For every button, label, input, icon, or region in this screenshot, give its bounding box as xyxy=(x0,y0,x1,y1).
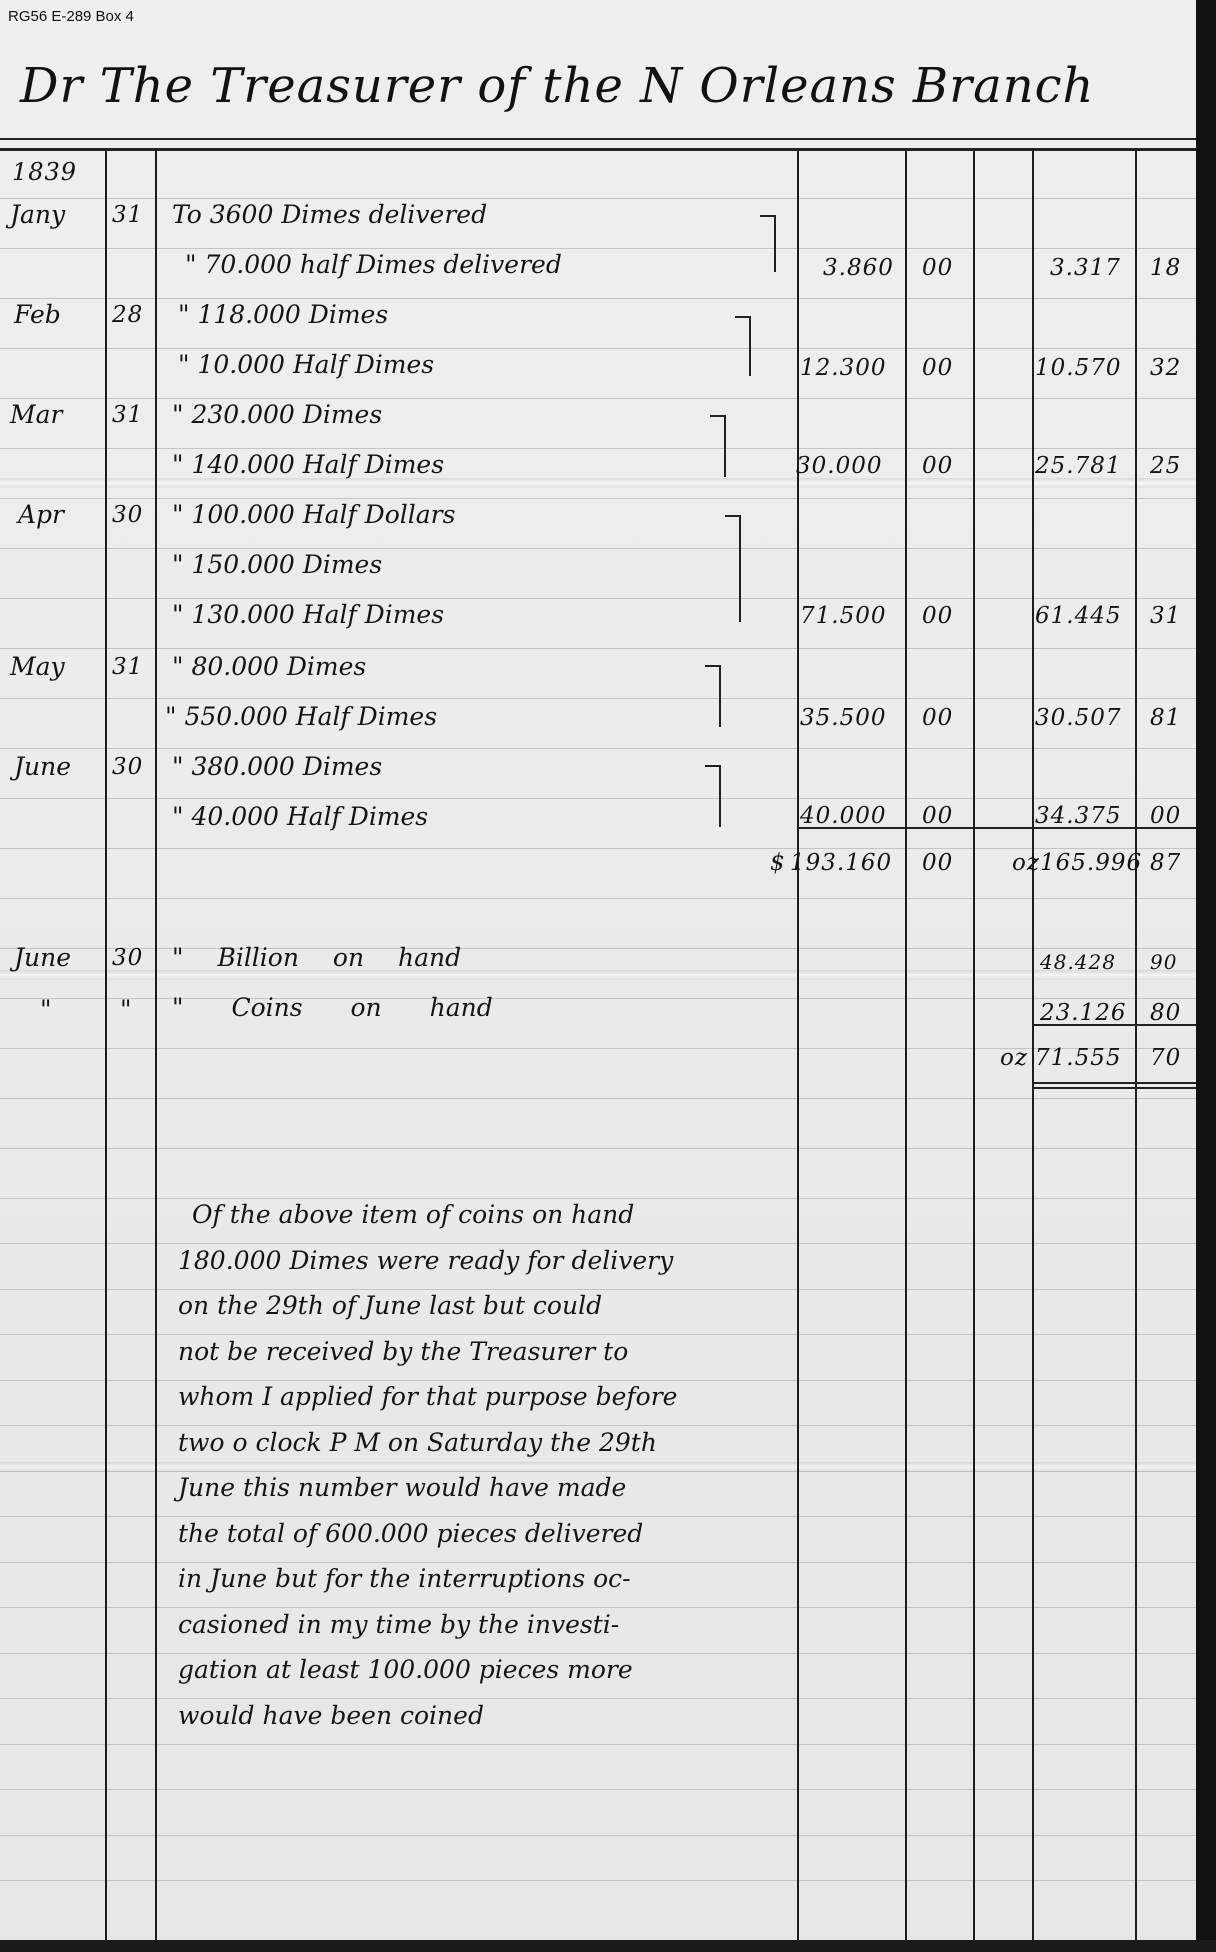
value-dollars: 25.781 xyxy=(1035,453,1121,479)
entry-line: " 550.000 Half Dimes xyxy=(165,702,437,731)
note-line: not be received by the Treasurer to xyxy=(178,1329,818,1375)
total-value-prefix: oz xyxy=(1012,850,1040,876)
amount-cents: 00 xyxy=(922,603,953,629)
entry-line: " 118.000 Dimes xyxy=(178,300,388,329)
ledger-year: 1839 xyxy=(12,158,77,186)
value-dollars: 23.126 xyxy=(1040,1000,1126,1026)
note-line: casioned in my time by the investi- xyxy=(178,1602,818,1648)
value-dollars: 48.428 xyxy=(1040,950,1116,974)
note-line: Of the above item of coins on hand xyxy=(178,1192,818,1238)
entry-month: Mar xyxy=(10,400,62,429)
amount-dollars: 71.500 xyxy=(800,603,886,629)
total-amount-prefix: $ xyxy=(770,850,786,876)
note-line: on the 29th of June last but could xyxy=(178,1283,818,1329)
explanatory-note: Of the above item of coins on hand 180.0… xyxy=(178,1192,818,1738)
amount-dollars: 35.500 xyxy=(800,705,886,731)
heading-rule-top xyxy=(0,138,1196,140)
on-hand-total-prefix: oz xyxy=(1000,1045,1028,1071)
double-rule-top xyxy=(1032,1082,1196,1084)
total-rule xyxy=(797,827,1196,829)
amount-dollars: 30.000 xyxy=(796,453,882,479)
total-value-cents: 87 xyxy=(1150,850,1181,876)
note-line: whom I applied for that purpose before xyxy=(178,1374,818,1420)
entry-line: " 150.000 Dimes xyxy=(172,550,382,579)
entry-line: " 380.000 Dimes xyxy=(172,752,382,781)
entry-day: 30 xyxy=(112,945,143,971)
entry-month: May xyxy=(10,652,65,681)
bracket xyxy=(705,765,721,827)
total-value-dollars: 165.996 xyxy=(1040,850,1142,876)
entry-line: " 40.000 Half Dimes xyxy=(172,802,428,831)
total-amount-dollars: 193.160 xyxy=(790,850,892,876)
note-line: the total of 600.000 pieces delivered xyxy=(178,1511,818,1557)
column-divider-day xyxy=(155,150,157,1940)
entry-line: " 230.000 Dimes xyxy=(172,400,382,429)
bracket xyxy=(705,665,721,727)
entry-line: " 130.000 Half Dimes xyxy=(172,600,444,629)
entry-line: " Billion on hand xyxy=(172,943,461,972)
entry-day: 31 xyxy=(112,202,143,228)
value-dollars: 34.375 xyxy=(1035,803,1121,829)
double-rule-bottom xyxy=(1032,1087,1196,1089)
column-divider-value-dollars xyxy=(1135,150,1137,1940)
entry-line: " 70.000 half Dimes delivered xyxy=(185,250,562,279)
bracket xyxy=(735,316,751,376)
column-divider-blank xyxy=(1032,150,1034,1940)
scan-edge-bottom xyxy=(0,1940,1216,1952)
value-dollars: 10.570 xyxy=(1035,355,1121,381)
entry-line: " 10.000 Half Dimes xyxy=(178,350,434,379)
entry-day: 28 xyxy=(112,302,143,328)
amount-dollars: 12.300 xyxy=(800,355,886,381)
bracket xyxy=(710,415,726,477)
value-cents: 31 xyxy=(1150,603,1181,629)
entry-month: Jany xyxy=(10,200,65,229)
entry-day: 30 xyxy=(112,502,143,528)
ledger-page: RG56 E-289 Box 4 Dr The Treasurer of the… xyxy=(0,0,1196,1940)
entry-line: " 140.000 Half Dimes xyxy=(172,450,444,479)
value-cents: 00 xyxy=(1150,803,1181,829)
column-divider-month xyxy=(105,150,107,1940)
entry-line: " 100.000 Half Dollars xyxy=(172,500,455,529)
scan-edge-right xyxy=(1196,0,1216,1952)
entry-day: 31 xyxy=(112,402,143,428)
amount-cents: 00 xyxy=(922,453,953,479)
value-cents: 81 xyxy=(1150,705,1181,731)
on-hand-total-dollars: 71.555 xyxy=(1035,1045,1121,1071)
column-divider-amount-dollars xyxy=(905,150,907,1940)
total-amount-cents: 00 xyxy=(922,850,953,876)
entry-day: 30 xyxy=(112,754,143,780)
ledger-heading: Dr The Treasurer of the N Orleans Branch xyxy=(20,58,1180,114)
entry-month: June xyxy=(14,752,71,781)
bracket xyxy=(760,215,776,272)
entry-line: " 80.000 Dimes xyxy=(172,652,366,681)
bracket xyxy=(725,515,741,622)
value-cents: 32 xyxy=(1150,355,1181,381)
entry-day: 31 xyxy=(112,654,143,680)
column-divider-amount-cents xyxy=(973,150,975,1940)
value-cents: 18 xyxy=(1150,255,1181,281)
entry-month: Apr xyxy=(18,500,64,529)
amount-cents: 00 xyxy=(922,255,953,281)
entry-day: " xyxy=(120,995,132,1024)
archive-reference: RG56 E-289 Box 4 xyxy=(8,8,134,25)
note-line: gation at least 100.000 pieces more xyxy=(178,1647,818,1693)
note-line: 180.000 Dimes were ready for delivery xyxy=(178,1238,818,1284)
note-line: June this number would have made xyxy=(178,1465,818,1511)
value-cents: 80 xyxy=(1150,1000,1181,1026)
entry-line: To 3600 Dimes delivered xyxy=(172,200,487,229)
entry-line: " Coins on hand xyxy=(172,993,493,1022)
value-cents: 90 xyxy=(1150,950,1177,974)
entry-month: Feb xyxy=(14,300,61,329)
on-hand-rule xyxy=(1032,1024,1196,1026)
note-line: would have been coined xyxy=(178,1693,818,1739)
amount-cents: 00 xyxy=(922,355,953,381)
value-dollars: 30.507 xyxy=(1035,705,1121,731)
heading-rule-bottom xyxy=(0,148,1196,151)
value-cents: 25 xyxy=(1150,453,1181,479)
entry-month: " xyxy=(40,995,52,1024)
on-hand-total-cents: 70 xyxy=(1150,1045,1181,1071)
entry-month: June xyxy=(14,943,71,972)
amount-dollars: 3.860 xyxy=(823,255,894,281)
value-dollars: 3.317 xyxy=(1050,255,1121,281)
amount-cents: 00 xyxy=(922,803,953,829)
note-line: two o clock P M on Saturday the 29th xyxy=(178,1420,818,1466)
amount-cents: 00 xyxy=(922,705,953,731)
value-dollars: 61.445 xyxy=(1035,603,1121,629)
amount-dollars: 40.000 xyxy=(800,803,886,829)
note-line: in June but for the interruptions oc- xyxy=(178,1556,818,1602)
